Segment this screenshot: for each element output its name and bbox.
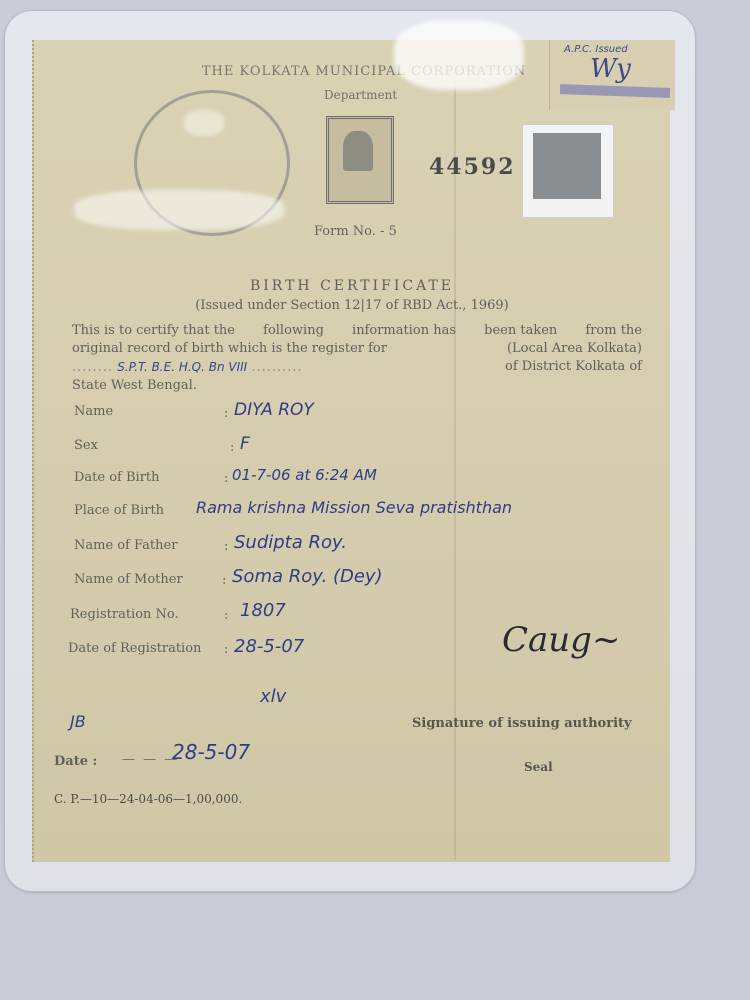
field-label-father: Name of Father (74, 538, 177, 553)
certify-line-3: ........ S.P.T. B.E. H.Q. Bn VIII ......… (72, 358, 642, 377)
serial-number: 44592 (429, 154, 516, 180)
laminate-glare (184, 110, 224, 136)
sticker-ink-stamp (560, 84, 670, 98)
issue-date-value: 28-5-07 (172, 740, 250, 764)
initials-mark: xlv (260, 686, 286, 707)
initials-left: JB (70, 712, 86, 731)
field-label-registration-no: Registration No. (70, 607, 179, 622)
certify-paragraph: This is to certify that the following in… (72, 322, 642, 395)
field-label-date-of-birth: Date of Birth (74, 470, 160, 485)
issue-date-label: Date : (54, 754, 97, 769)
field-value-date-of-registration: 28-5-07 (234, 636, 304, 657)
field-value-registration-no: 1807 (240, 600, 286, 621)
field-label-sex: Sex (74, 438, 98, 453)
issue-date-dashes: — — — (122, 752, 179, 767)
hologram-sticker (522, 124, 614, 218)
field-label-date-of-registration: Date of Registration (68, 641, 201, 656)
verification-sticker: A.P.C. Issued Wy (549, 40, 675, 110)
department-name: Department (324, 88, 397, 102)
certify-line-4: State West Bengal. (72, 377, 642, 395)
certificate-subtitle: (Issued under Section 12|17 of RBD Act.,… (34, 298, 670, 313)
birth-certificate: THE KOLKATA MUNICIPAL CORPORATION Depart… (32, 40, 670, 862)
seal-label: Seal (524, 760, 553, 774)
field-label-name: Name (74, 404, 113, 419)
printer-code: C. P.—10—24-04-06—1,00,000. (54, 792, 242, 806)
signature-label: Signature of issuing authority (412, 716, 632, 731)
issuing-authority-signature: Caug~ (502, 620, 620, 660)
form-number: Form No. - 5 (314, 224, 397, 239)
field-value-date-of-birth: 01-7-06 at 6:24 AM (232, 466, 377, 484)
field-value-sex: F (240, 434, 250, 454)
local-area-handwritten: S.P.T. B.E. H.Q. Bn VIII (117, 360, 247, 374)
hologram-image (533, 133, 601, 199)
field-value-father: Sudipta Roy. (234, 532, 347, 553)
sticker-signature: Wy (590, 54, 631, 84)
field-value-mother: Soma Roy. (Dey) (232, 566, 383, 587)
field-label-place-of-birth: Place of Birth (74, 503, 164, 518)
certify-line-2: original record of birth which is the re… (72, 340, 642, 358)
laminate-glare (74, 190, 284, 230)
laminate-glare (394, 20, 524, 90)
certify-line-1: This is to certify that the following in… (72, 322, 642, 340)
emblem-stamp-icon (326, 116, 394, 204)
field-value-place-of-birth: Rama krishna Mission Seva pratishthan (196, 498, 512, 517)
paper-crease (454, 80, 456, 860)
field-label-mother: Name of Mother (74, 572, 183, 587)
certificate-title: BIRTH CERTIFICATE (34, 278, 670, 294)
field-value-name: DIYA ROY (234, 400, 314, 420)
